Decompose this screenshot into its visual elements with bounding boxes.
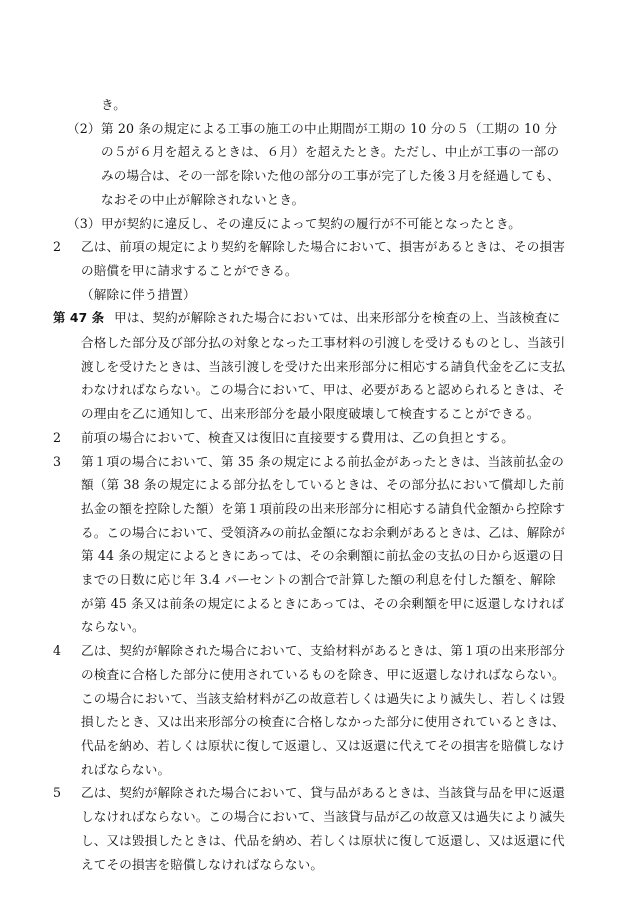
paragraph-number: 4 bbox=[53, 639, 81, 663]
paragraph: 2前項の場合において、検査又は復旧に直接要する費用は、乙の負担とする。 bbox=[53, 426, 567, 450]
item-text: 甲が契約に違反し、その違反によって契約の履行が不可能となったとき。 bbox=[101, 216, 521, 231]
paragraph-number: 2 bbox=[53, 235, 81, 259]
paragraph-number: 3 bbox=[53, 450, 81, 474]
article: 第 47 条甲は、契約が解除された場合においては、出来形部分を検査の上、当該検査… bbox=[53, 306, 567, 426]
paragraph-number: 5 bbox=[53, 781, 81, 805]
document-body: き。 （2）第 20 条の規定による工事の施工の中止期間が工期の 10 分の５（… bbox=[67, 93, 567, 876]
item-text: 第 20 条の規定による工事の施工の中止期間が工期の 10 分の５（工期の 10… bbox=[101, 121, 560, 207]
document-page: き。 （2）第 20 条の規定による工事の施工の中止期間が工期の 10 分の５（… bbox=[0, 0, 630, 903]
paragraph: 5乙は、契約が解除された場合において、貸与品があるときは、当該貸与品を甲に返還し… bbox=[53, 781, 567, 876]
paragraph-text: 乙は、契約が解除された場合において、貸与品があるときは、当該貸与品を甲に返還しな… bbox=[81, 785, 565, 871]
article-caption: （解除に伴う措置） bbox=[67, 283, 567, 307]
list-item: （2）第 20 条の規定による工事の施工の中止期間が工期の 10 分の５（工期の… bbox=[67, 117, 567, 212]
article-number: 第 47 条 bbox=[53, 311, 104, 325]
paragraph-number: 2 bbox=[53, 426, 81, 450]
item-label: （3） bbox=[67, 212, 101, 236]
paragraph-text: 乙は、契約が解除された場合において、支給材料があるときは、第１項の出来形部分の検… bbox=[81, 643, 565, 777]
continued-text: き。 bbox=[67, 93, 567, 117]
article-text: 甲は、契約が解除された場合においては、出来形部分を検査の上、当該検査に合格した部… bbox=[81, 310, 565, 421]
paragraph-text: 乙は、前項の規定により契約を解除した場合において、損害があるときは、その損害の賠… bbox=[81, 239, 565, 278]
item-label: （2） bbox=[67, 117, 101, 141]
list-item: （3）甲が契約に違反し、その違反によって契約の履行が不可能となったとき。 bbox=[67, 212, 567, 236]
paragraph: 3第１項の場合において、第 35 条の規定による前払金があったときは、当該前払金… bbox=[53, 450, 567, 640]
paragraph: 4乙は、契約が解除された場合において、支給材料があるときは、第１項の出来形部分の… bbox=[53, 639, 567, 781]
paragraph-text: 前項の場合において、検査又は復旧に直接要する費用は、乙の負担とする。 bbox=[81, 430, 514, 445]
paragraph-text: 第１項の場合において、第 35 条の規定による前払金があったときは、当該前払金の… bbox=[81, 454, 565, 635]
paragraph: 2乙は、前項の規定により契約を解除した場合において、損害があるときは、その損害の… bbox=[53, 235, 567, 282]
